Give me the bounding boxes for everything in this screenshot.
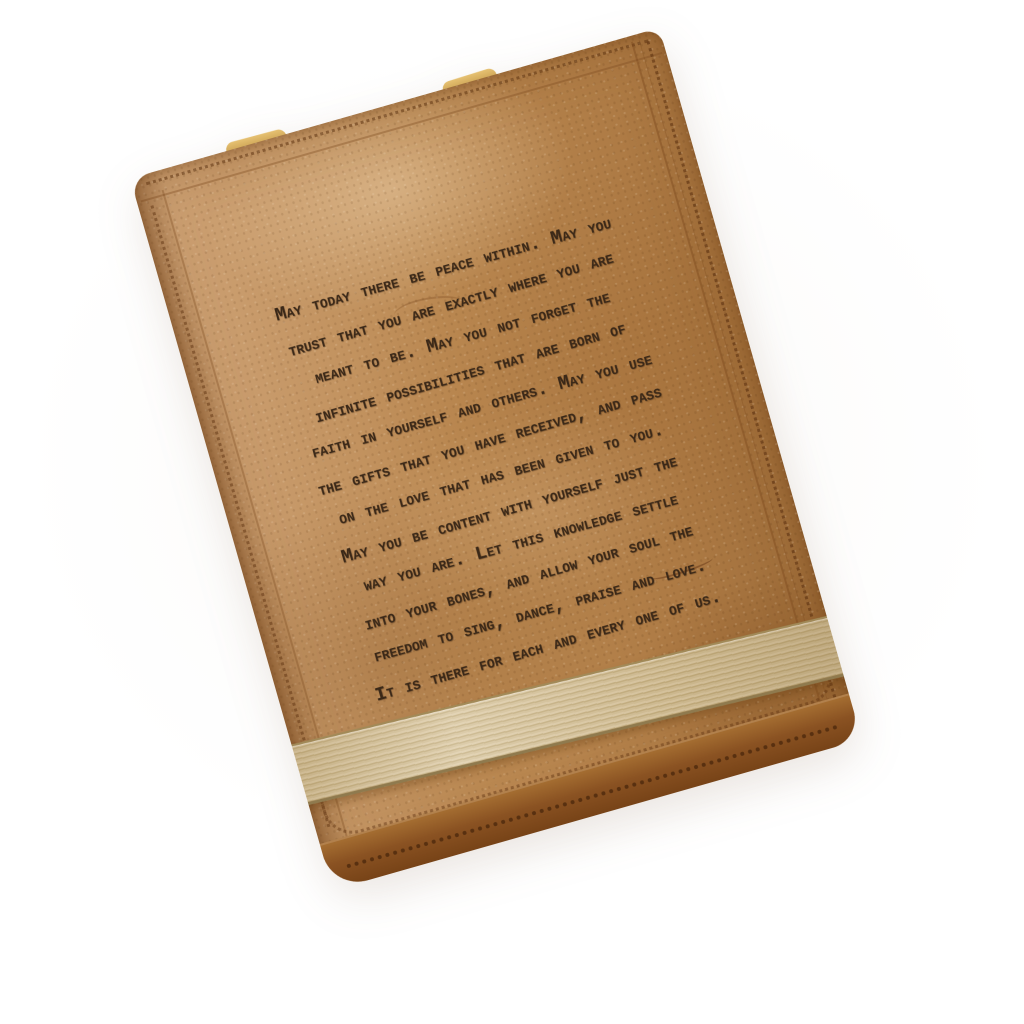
product-photo: May today there be peace within. May you… — [0, 0, 1024, 1024]
